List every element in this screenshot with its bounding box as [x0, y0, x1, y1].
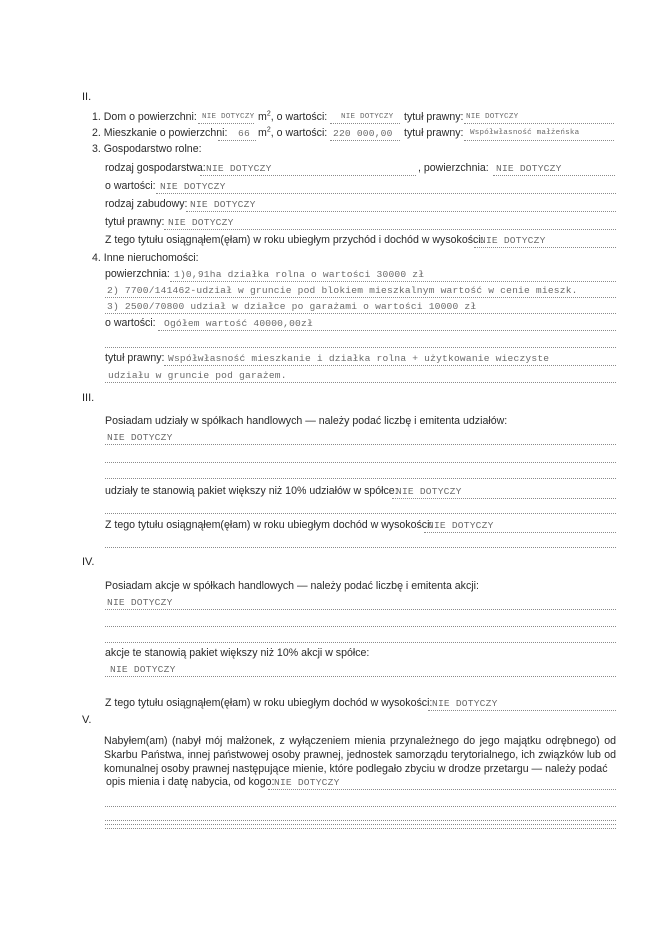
- farm-value-label: o wartości:: [105, 180, 156, 192]
- other-area-line-2: 2) 7700/141462-udział w gruncie pod blok…: [107, 285, 578, 296]
- flat-area-label: 2. Mieszkanie o powierzchni:: [92, 127, 227, 139]
- other-area-line-1: 1)0,91ha działka rolna o wartości 30000 …: [174, 269, 424, 280]
- flat-title-value: Współwłasność małżeńska: [470, 129, 579, 137]
- stocks-income-value: NIE DOTYCZY: [432, 698, 498, 709]
- section-5-heading: V.: [82, 714, 91, 726]
- flat-title-label: tytuł prawny:: [404, 127, 463, 139]
- farm-buildings-value: NIE DOTYCZY: [190, 199, 256, 210]
- other-title-line-2: udziału w gruncie pod garażem.: [108, 370, 287, 381]
- flat-area-unit: m2, o wartości:: [258, 127, 327, 139]
- farm-income-value: NIE DOTYCZY: [480, 235, 546, 246]
- flat-area-value: 66: [238, 128, 250, 139]
- acquisition-paragraph: Nabyłem(am) (nabył mój małżonek, z wyłąc…: [104, 734, 616, 776]
- flat-value: 220 000,00: [333, 128, 393, 139]
- shares-income-label: Z tego tytułu osiągnąłem(ęłam) w roku ub…: [105, 519, 432, 531]
- house-title-label: tytuł prawny:: [404, 111, 463, 123]
- other-value-label: o wartości:: [105, 317, 156, 329]
- other-area-line-3: 3) 2500/70800 udział w działce po garaża…: [107, 301, 476, 312]
- shares-income-value: NIE DOTYCZY: [428, 520, 494, 531]
- other-title-line-1: Współwłasność mieszkanie i działka rolna…: [168, 353, 549, 364]
- house-area-label: 1. Dom o powierzchni:: [92, 111, 197, 123]
- section-4-heading: IV.: [82, 556, 94, 568]
- acquisition-desc-label: opis mienia i datę nabycia, od kogo:: [106, 776, 274, 788]
- stocks-income-label: Z tego tytułu osiągnąłem(ęłam) w roku ub…: [105, 697, 432, 709]
- stocks-value: NIE DOTYCZY: [107, 597, 173, 608]
- section-2-heading: II.: [82, 91, 91, 103]
- farm-type-label: rodzaj gospodarstwa:: [105, 162, 206, 174]
- other-title-label: tytuł prawny:: [105, 352, 164, 364]
- farm-title-value: NIE DOTYCZY: [168, 217, 234, 228]
- shares-package-value: NIE DOTYCZY: [396, 486, 462, 497]
- stocks-label: Posiadam akcje w spółkach handlowych — n…: [105, 580, 479, 592]
- farm-buildings-label: rodzaj zabudowy:: [105, 198, 187, 210]
- other-area-label: powierzchnia:: [105, 268, 170, 280]
- house-value: NIE DOTYCZY: [341, 113, 393, 121]
- farm-value: NIE DOTYCZY: [160, 181, 226, 192]
- section-3-heading: III.: [82, 392, 94, 404]
- house-title-value: NIE DOTYCZY: [466, 113, 518, 121]
- other-property-label: 4. Inne nieruchomości:: [92, 252, 199, 264]
- farm-label: 3. Gospodarstwo rolne:: [92, 143, 202, 155]
- shares-value: NIE DOTYCZY: [107, 432, 173, 443]
- farm-title-label: tytuł prawny:: [105, 216, 164, 228]
- shares-package-label: udziały te stanowią pakiet większy niż 1…: [105, 485, 398, 497]
- acquisition-desc-value: NIE DOTYCZY: [274, 777, 340, 788]
- farm-area-label: , powierzchnia:: [418, 162, 489, 174]
- house-area-unit: m2, o wartości:: [258, 111, 327, 123]
- stocks-package-label: akcje te stanowią pakiet większy niż 10%…: [105, 647, 369, 659]
- farm-type-value: NIE DOTYCZY: [206, 163, 272, 174]
- house-area-value: NIE DOTYCZY: [202, 113, 254, 121]
- farm-income-label: Z tego tytułu osiągnąłem(ęłam) w roku ub…: [105, 234, 484, 246]
- farm-area-value: NIE DOTYCZY: [496, 163, 562, 174]
- shares-label: Posiadam udziały w spółkach handlowych —…: [105, 415, 507, 427]
- stocks-package-value: NIE DOTYCZY: [110, 664, 176, 675]
- other-value: Ogółem wartość 40000,00zł: [164, 318, 313, 329]
